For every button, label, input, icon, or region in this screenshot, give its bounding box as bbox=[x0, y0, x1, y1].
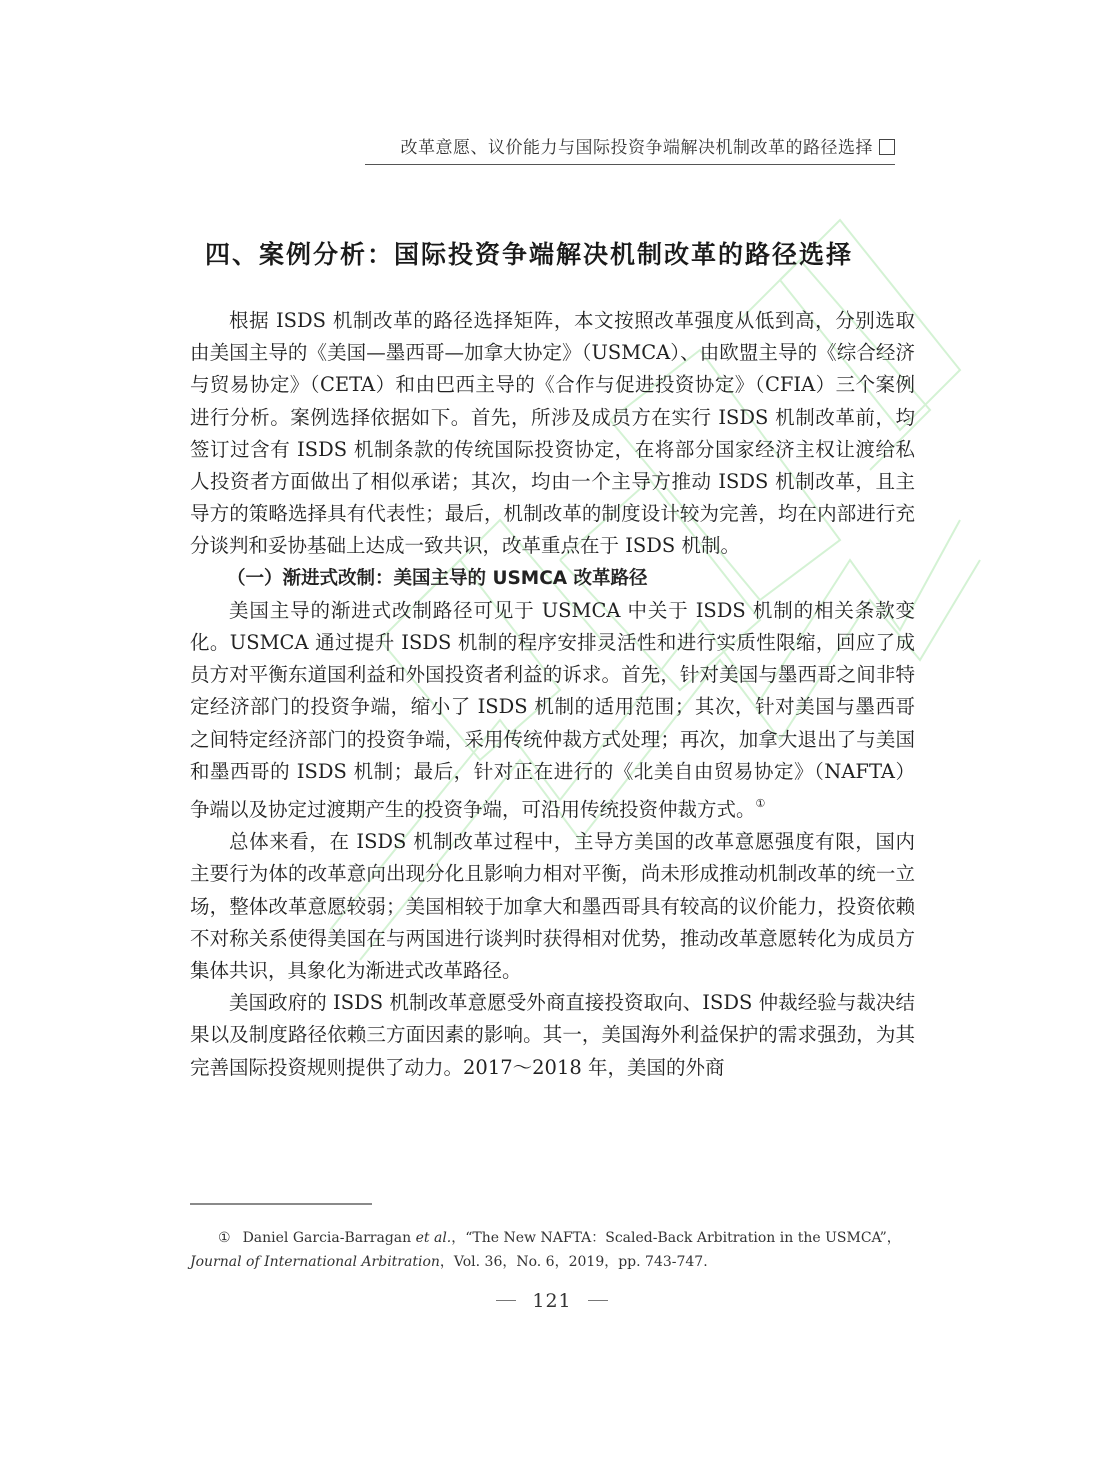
subsection-title: （一）渐进式改制：美国主导的 USMCA 改革路径 bbox=[190, 563, 915, 595]
running-header: 改革意愿、议价能力与国际投资争端解决机制改革的路径选择 bbox=[365, 136, 895, 165]
paragraph-usmca-3: 美国政府的 ISDS 机制改革意愿受外商直接投资取向、ISDS 仲裁经验与裁决结… bbox=[190, 987, 915, 1084]
footnote-reference[interactable]: ① bbox=[756, 797, 766, 810]
footnote-author: Daniel Garcia-Barragan bbox=[243, 1230, 412, 1246]
footnote-line-2: Journal of International Arbitration，Vol… bbox=[190, 1250, 915, 1274]
paragraph-intro: 根据 ISDS 机制改革的路径选择矩阵，本文按照改革强度从低到高，分别选取由美国… bbox=[190, 305, 915, 563]
footnote-marker: ① bbox=[218, 1230, 231, 1246]
footnote-article-title: ，“The New NAFTA：Scaled-Back Arbitration … bbox=[451, 1230, 901, 1246]
footnote-etal: et al. bbox=[416, 1230, 452, 1246]
footnote-line-1: ①Daniel Garcia-Barragan et al.，“The New … bbox=[190, 1226, 915, 1250]
section-title: 四、案例分析：国际投资争端解决机制改革的路径选择 bbox=[205, 235, 905, 271]
page-number-value: 121 bbox=[532, 1290, 571, 1312]
footnote: ①Daniel Garcia-Barragan et al.，“The New … bbox=[190, 1226, 915, 1274]
running-header-title: 改革意愿、议价能力与国际投资争端解决机制改革的路径选择 bbox=[401, 138, 874, 158]
paragraph-usmca-1: 美国主导的渐进式改制路径可见于 USMCA 中关于 ISDS 机制的相关条款变化… bbox=[190, 595, 915, 826]
page-number-dash-left bbox=[496, 1300, 516, 1301]
page-number-dash-right bbox=[588, 1300, 608, 1301]
paragraph-usmca-2: 总体来看，在 ISDS 机制改革过程中，主导方美国的改革意愿强度有限，国内主要行… bbox=[190, 826, 915, 987]
paragraph-usmca-1-text: 美国主导的渐进式改制路径可见于 USMCA 中关于 ISDS 机制的相关条款变化… bbox=[190, 599, 915, 821]
body-text: 根据 ISDS 机制改革的路径选择矩阵，本文按照改革强度从低到高，分别选取由美国… bbox=[190, 305, 915, 1084]
footnote-divider bbox=[190, 1203, 372, 1205]
footnote-details: ，Vol. 36，No. 6，2019，pp. 743-747. bbox=[440, 1254, 708, 1270]
page-number: 121 bbox=[0, 1290, 1104, 1312]
header-square-icon bbox=[879, 139, 895, 155]
footnote-journal: Journal of International Arbitration bbox=[190, 1254, 440, 1270]
